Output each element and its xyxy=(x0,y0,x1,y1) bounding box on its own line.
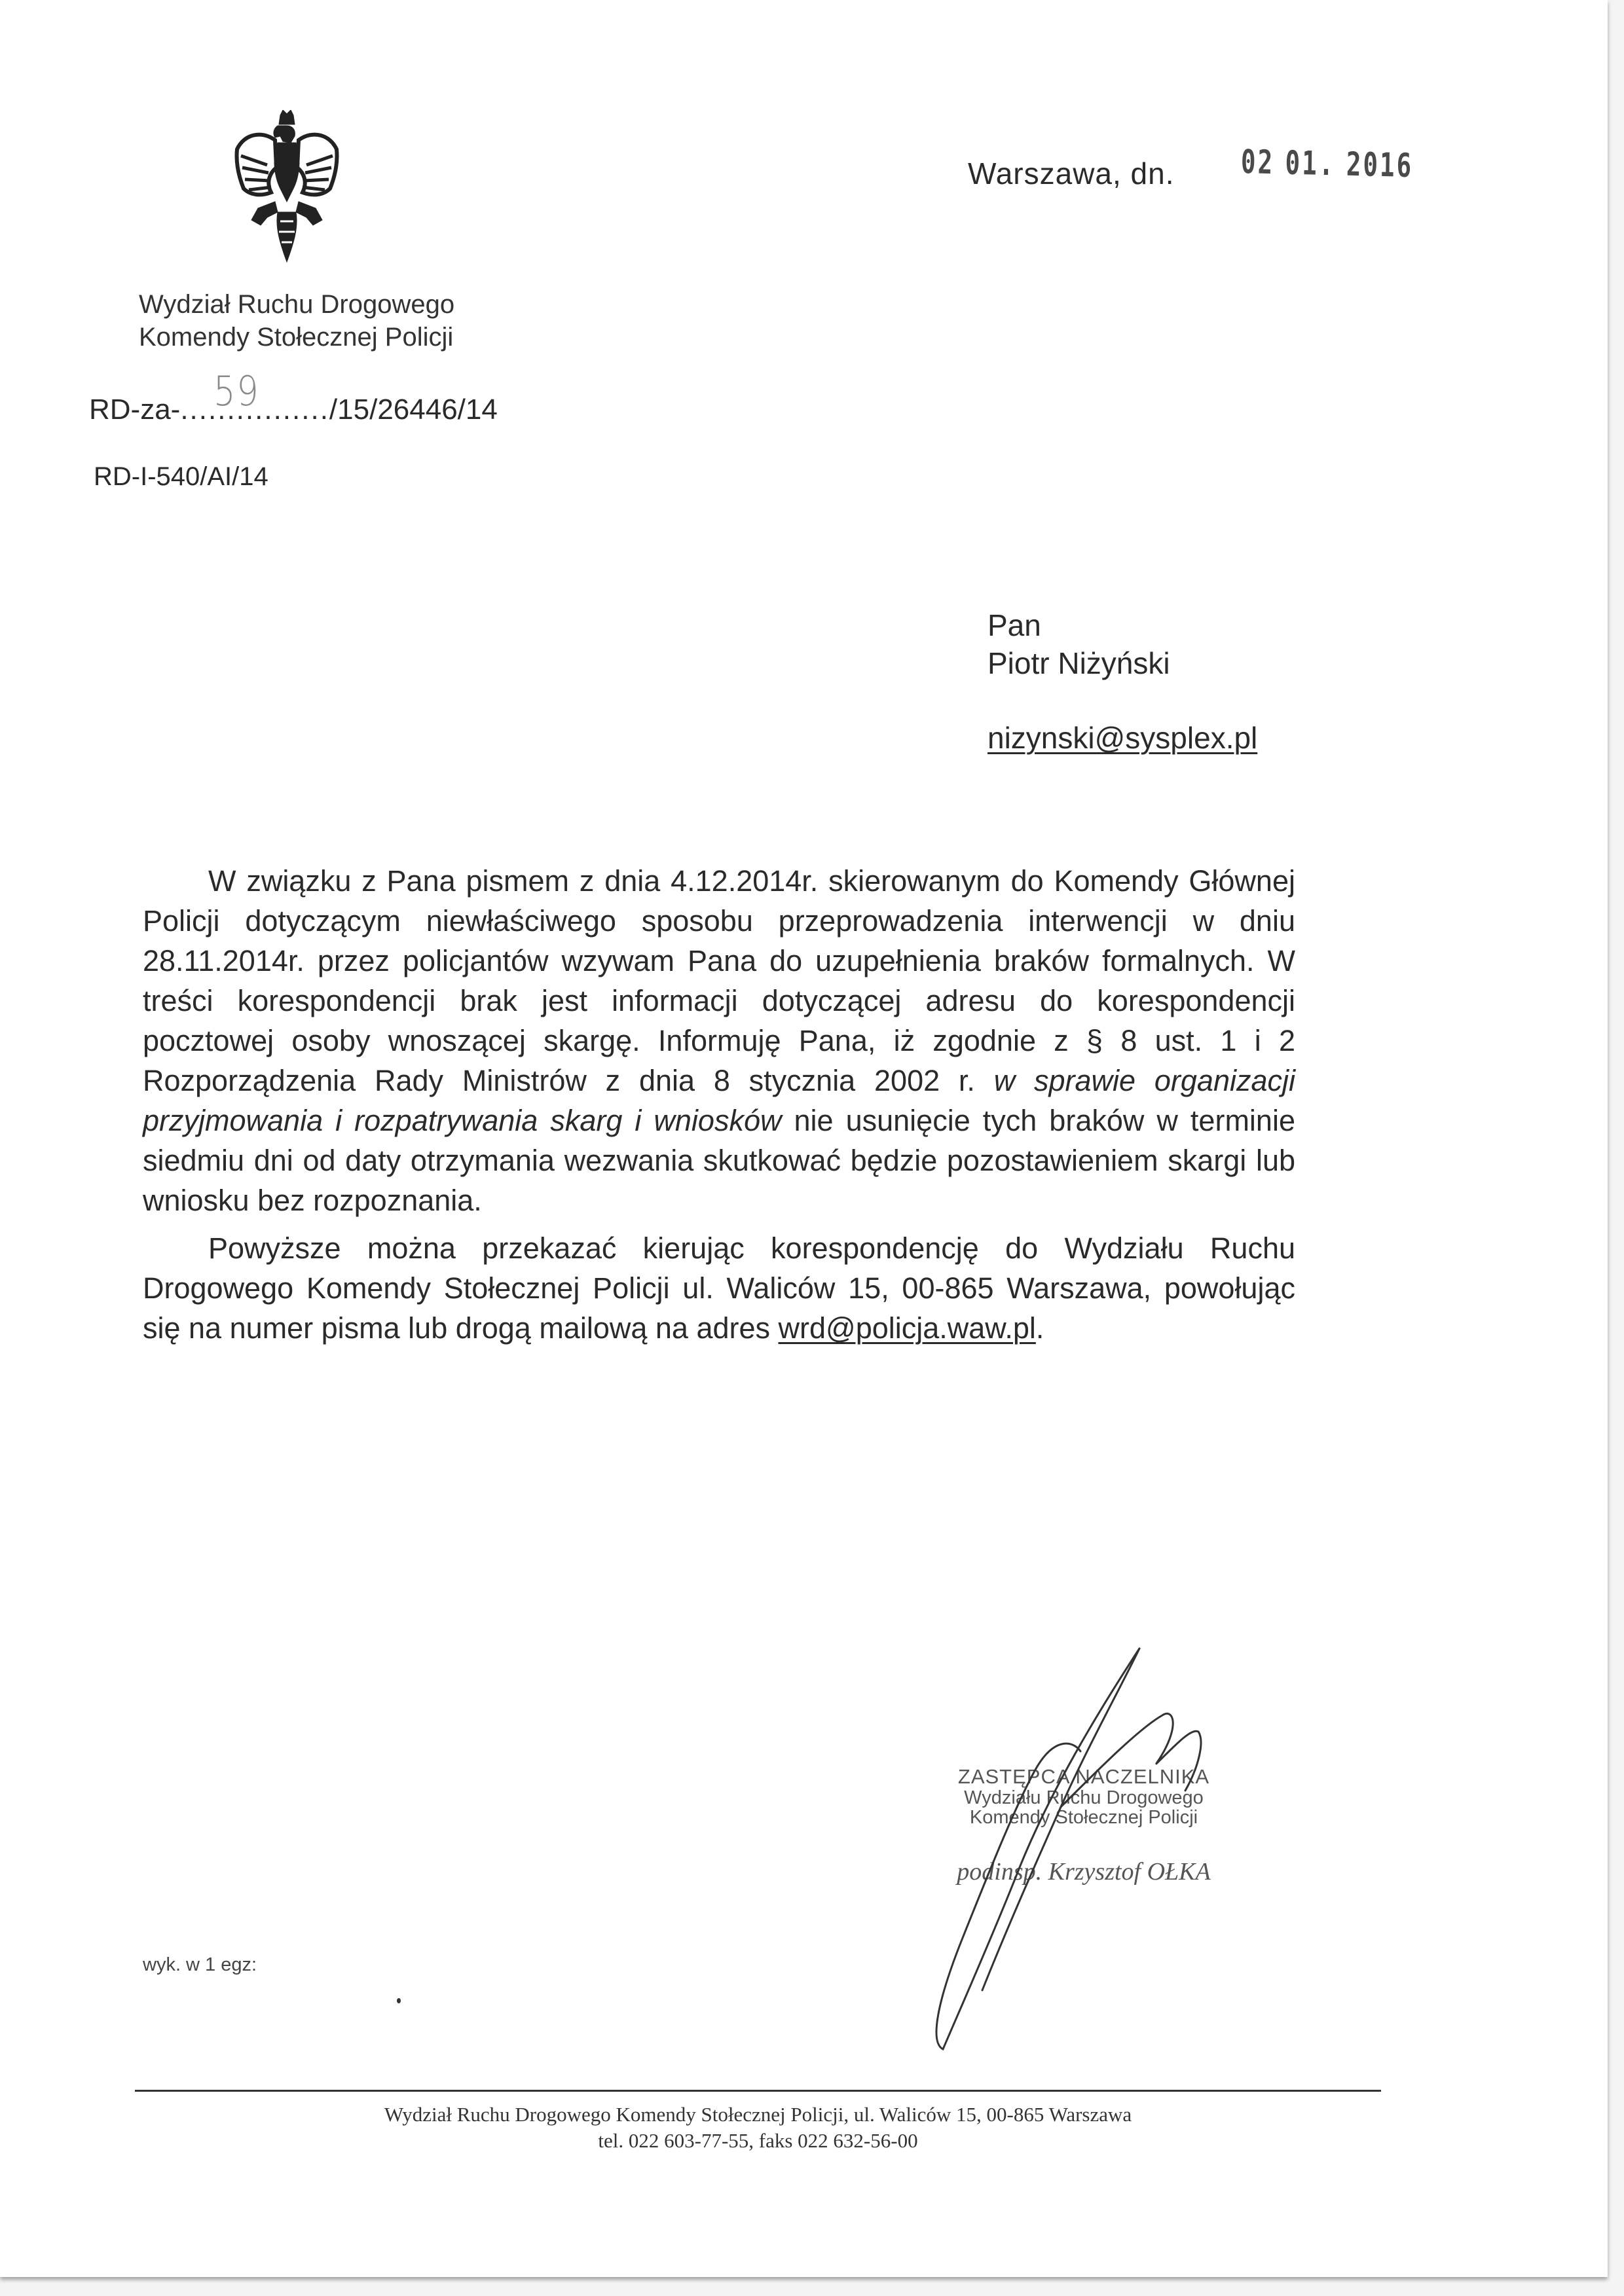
reference-number: RD-za-................/15/26446/14 59 xyxy=(89,393,498,426)
body-text: . xyxy=(1036,1311,1044,1345)
letter-page: Warszawa, dn. 0201.2016 Wydział Ruchu Dr… xyxy=(0,0,1608,2277)
handwritten-signature-icon xyxy=(904,1637,1244,2056)
place-date-label: Warszawa, dn. xyxy=(968,156,1175,191)
body-text: W związku z Pana pismem z dnia 4.12.2014… xyxy=(143,864,1295,1097)
footer-divider xyxy=(135,2090,1381,2092)
recipient-email-link[interactable]: nizynski@sysplex.pl xyxy=(987,720,1257,756)
body-text: Powyższe można przekazać kierując koresp… xyxy=(143,1231,1295,1345)
department-email-link[interactable]: wrd@policja.waw.pl xyxy=(779,1311,1036,1345)
date-stamp: 0201.2016 xyxy=(1241,143,1424,185)
body-paragraph-2: Powyższe można przekazać kierując koresp… xyxy=(143,1228,1295,1348)
date-stamp-month: 01. xyxy=(1285,144,1335,183)
copies-note: wyk. w 1 egz: xyxy=(143,1954,257,1976)
date-stamp-year: 2016 xyxy=(1346,145,1413,185)
sender-department: Wydział Ruchu Drogowego Komendy Stołeczn… xyxy=(139,288,454,354)
footer-address: Wydział Ruchu Drogowego Komendy Stołeczn… xyxy=(135,2102,1381,2128)
date-stamp-day: 02 xyxy=(1241,143,1275,181)
ink-dot xyxy=(397,1998,401,2003)
recipient-name: Piotr Niżyński xyxy=(987,644,1170,682)
reference-number-2: RD-I-540/AI/14 xyxy=(94,462,268,492)
reference-prefix: RD-za- xyxy=(89,393,180,426)
department-line-2: Komendy Stołecznej Policji xyxy=(139,321,454,354)
recipient-salutation: Pan xyxy=(987,606,1170,644)
recipient-block: Pan Piotr Niżyński xyxy=(987,606,1170,682)
handwritten-reference-number: 59 xyxy=(213,367,259,415)
polish-eagle-emblem-icon xyxy=(234,110,339,264)
body-paragraph-1: W związku z Pana pismem z dnia 4.12.2014… xyxy=(143,861,1295,1220)
footer-contact: tel. 022 603-77-55, faks 022 632-56-00 xyxy=(135,2128,1381,2154)
letter-body: W związku z Pana pismem z dnia 4.12.2014… xyxy=(143,861,1295,1348)
reference-suffix: /15/26446/14 xyxy=(329,393,498,426)
department-line-1: Wydział Ruchu Drogowego xyxy=(139,288,454,321)
footer: Wydział Ruchu Drogowego Komendy Stołeczn… xyxy=(135,2102,1381,2154)
